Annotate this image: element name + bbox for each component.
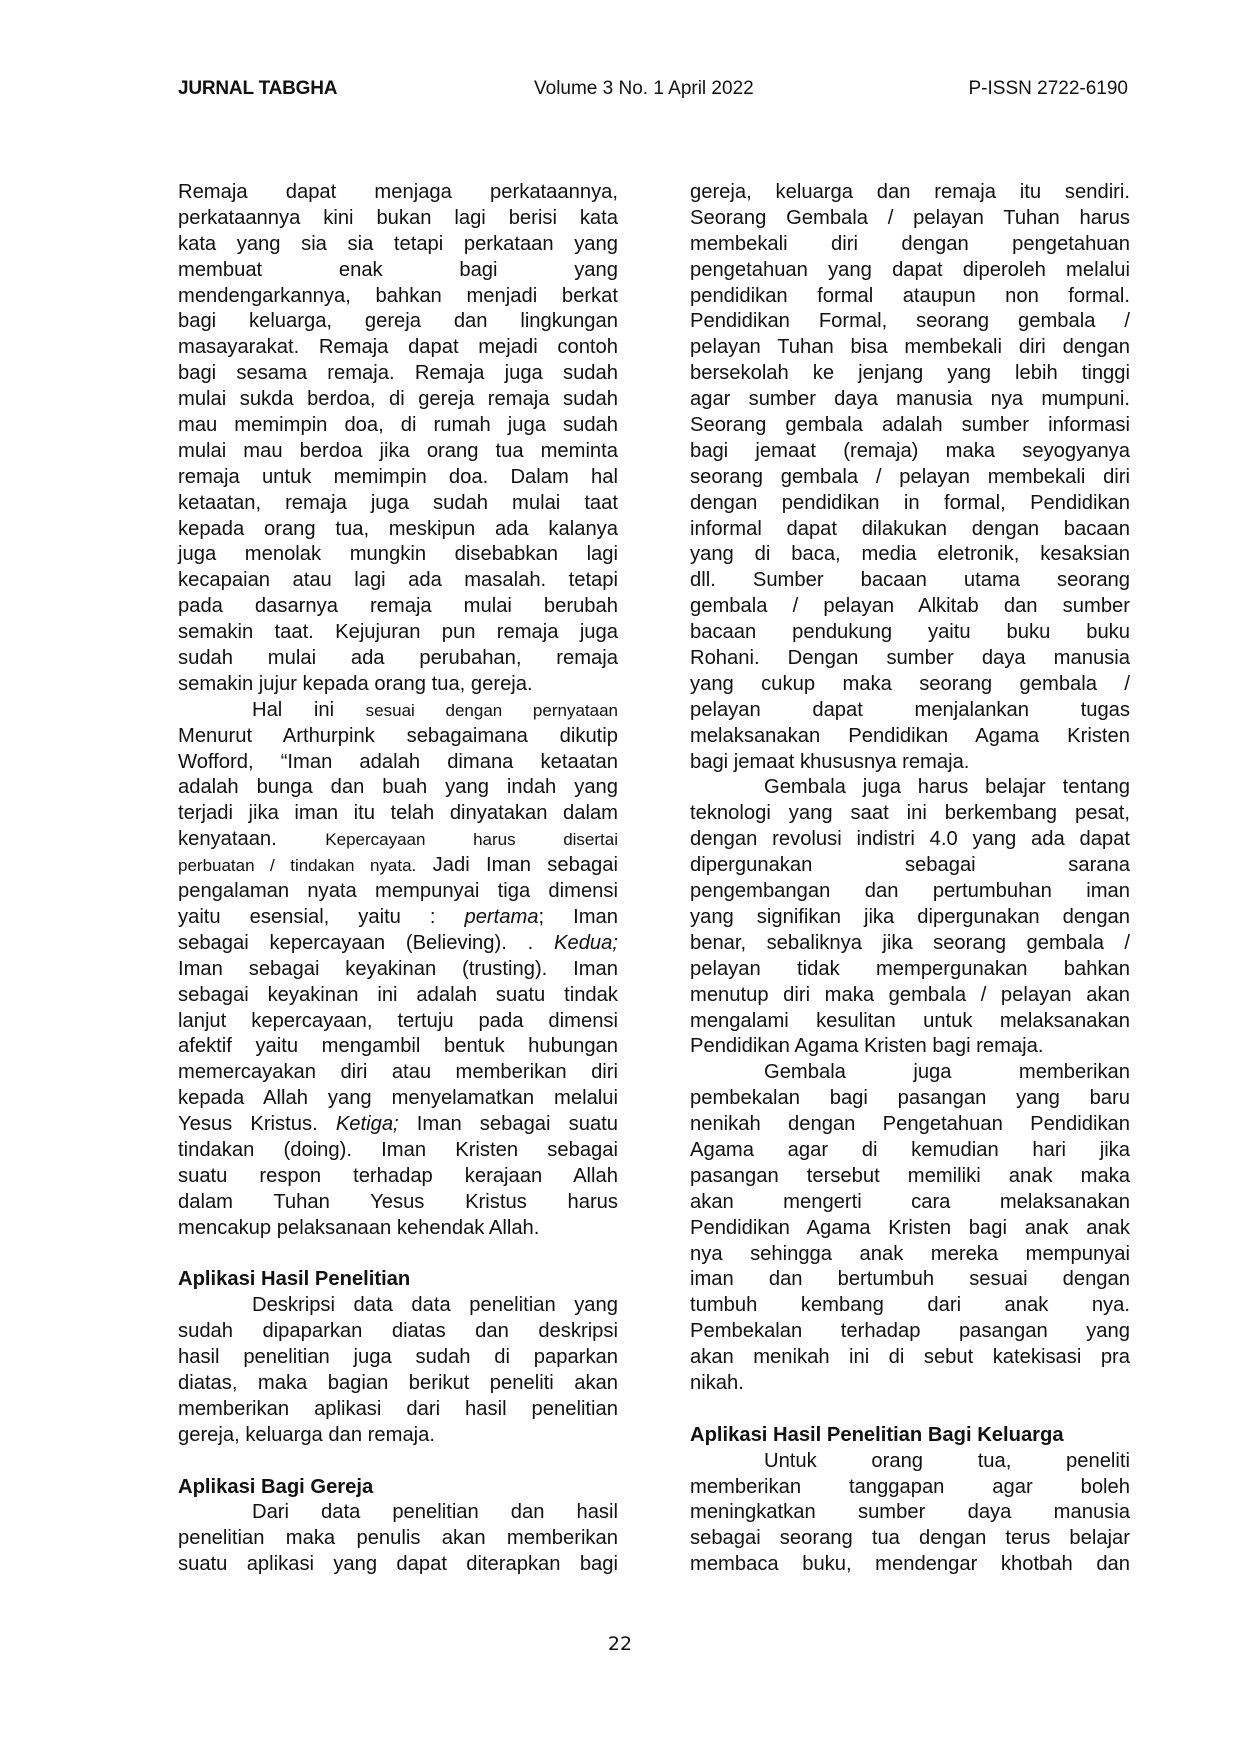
text-line: sudah mulai ada perubahan, remaja (178, 646, 618, 672)
text-line: Menurut Arthurpink sebagaimana dikutip (178, 724, 618, 750)
text-line: sudah dipaparkan diatas dan deskripsi (178, 1319, 618, 1345)
text-line: Hal ini sesuai dengan pernyataan (178, 698, 618, 724)
text-line: suatu respon terhadap kerajaan Allah (178, 1164, 618, 1190)
emphasis: Ketiga; (336, 1113, 399, 1135)
text-line: menutup diri maka gembala / pelayan akan (690, 983, 1130, 1009)
paragraph-gembala-pembekalan: Gembala juga memberikan pembekalan bagi … (690, 1060, 1130, 1397)
text-line: bagi keluarga, gereja dan lingkungan (178, 309, 618, 335)
text-line: membaca buku, mendengar khotbah dan (690, 1552, 1130, 1578)
text-line: ketaatan, remaja juga sudah mulai taat (178, 491, 618, 517)
text-line: masayarakat. Remaja dapat mejadi contoh (178, 335, 618, 361)
text-line: memberikan tanggapan agar boleh (690, 1475, 1130, 1501)
text-line: sebagai seorang tua dengan terus belajar (690, 1526, 1130, 1552)
text-line: semakin jujur kepada orang tua, gereja. (178, 672, 618, 698)
text-line: teknologi yang saat ini berkembang pesat… (690, 801, 1130, 827)
text-line: membekali diri dengan pengetahuan (690, 232, 1130, 258)
text-line: terjadi jika iman itu telah dinyatakan d… (178, 801, 618, 827)
text-line: diatas, maka bagian berikut peneliti aka… (178, 1371, 618, 1397)
text-line: Pendidikan Formal, seorang gembala / (690, 309, 1130, 335)
text-line: suatu aplikasi yang dapat diterapkan bag… (178, 1552, 618, 1578)
text-line: Yesus Kristus. Ketiga; Iman sebagai suat… (178, 1112, 618, 1138)
text-line: akan mengerti cara melaksanakan (690, 1190, 1130, 1216)
text-line: semakin taat. Kejujuran pun remaja juga (178, 620, 618, 646)
text-line: yaitu esensial, yaitu : pertama; Iman (178, 905, 618, 931)
section-heading: Aplikasi Hasil Penelitian (178, 1267, 618, 1293)
text-line: gereja, keluarga dan remaja. (178, 1423, 618, 1449)
text-line: Gembala juga memberikan (690, 1060, 1130, 1086)
text-line: pelayan Tuhan bisa membekali diri dengan (690, 335, 1130, 361)
text-line: tumbuh kembang dari anak nya. (690, 1293, 1130, 1319)
text-line: mencakup pelaksanaan kehendak Allah. (178, 1216, 618, 1242)
text-line: dipergunakan sebagai sarana (690, 853, 1130, 879)
text-line: afektif yaitu mengambil bentuk hubungan (178, 1034, 618, 1060)
text-line: nya sehingga anak mereka mempunyai (690, 1242, 1130, 1268)
paragraph-gembala-pendidikan: gereja, keluarga dan remaja itu sendiri.… (690, 180, 1130, 775)
section-aplikasi-bagi-gereja: Aplikasi Bagi Gereja Dari data penelitia… (178, 1475, 618, 1579)
text-line: pada dasarnya remaja mulai berubah (178, 594, 618, 620)
text-line: kepada orang tua, meskipun ada kalanya (178, 517, 618, 543)
page-number: 22 (0, 1633, 1240, 1655)
paragraph-remaja: Remaja dapat menjaga perkataannya, perka… (178, 180, 618, 698)
text-line: pasangan tersebut memiliki anak maka (690, 1164, 1130, 1190)
text-line: Rohani. Dengan sumber daya manusia (690, 646, 1130, 672)
text-line: akan menikah ini di sebut katekisasi pra (690, 1345, 1130, 1371)
text-line: sebagai kepercayaan (Believing). . Kedua… (178, 931, 618, 957)
text-line: yang di baca, media eletronik, kesaksian (690, 542, 1130, 568)
text-line: penelitian maka penulis akan memberikan (178, 1526, 618, 1552)
text-line: benar, sebaliknya jika seorang gembala / (690, 931, 1130, 957)
text-line: meningkatkan sumber daya manusia (690, 1500, 1130, 1526)
text-line: kecapaian atau lagi ada masalah. tetapi (178, 568, 618, 594)
journal-name: JURNAL TABGHA (178, 78, 337, 100)
left-column: Remaja dapat menjaga perkataannya, perka… (178, 180, 618, 1578)
text-line: gereja, keluarga dan remaja itu sendiri. (690, 180, 1130, 206)
text-line: membuat enak bagi yang (178, 258, 618, 284)
emphasis: pertama (464, 906, 538, 928)
text-line: gembala / pelayan Alkitab dan sumber (690, 594, 1130, 620)
text-line: Remaja dapat menjaga perkataannya, (178, 180, 618, 206)
text-line: pengembangan dan pertumbuhan iman (690, 879, 1130, 905)
text-line: Gembala juga harus belajar tentang (690, 775, 1130, 801)
text-line: dll. Sumber bacaan utama seorang (690, 568, 1130, 594)
text-line: Pembekalan terhadap pasangan yang (690, 1319, 1130, 1345)
paragraph-gembala-teknologi: Gembala juga harus belajar tentang tekno… (690, 775, 1130, 1060)
issn: P-ISSN 2722-6190 (969, 78, 1129, 100)
right-column: gereja, keluarga dan remaja itu sendiri.… (690, 180, 1130, 1578)
text-line: seorang gembala / pelayan membekali diri (690, 465, 1130, 491)
spacer (178, 1449, 618, 1475)
text-line: Deskripsi data data penelitian yang (178, 1293, 618, 1319)
text-line: dengan revolusi indistri 4.0 yang ada da… (690, 827, 1130, 853)
text-line: nenikah dengan Pengetahuan Pendidikan (690, 1112, 1130, 1138)
text-line: mau memimpin doa, di rumah juga sudah (178, 413, 618, 439)
text-line: iman dan bertumbuh sesuai dengan (690, 1267, 1130, 1293)
section-aplikasi-bagi-keluarga: Aplikasi Hasil Penelitian Bagi Keluarga … (690, 1423, 1130, 1578)
text-line: perbuatan / tindakan nyata. Jadi Iman se… (178, 853, 618, 879)
text-line: Iman sebagai keyakinan (trusting). Iman (178, 957, 618, 983)
text-line: bersekolah ke jenjang yang lebih tinggi (690, 361, 1130, 387)
spacer (690, 1397, 1130, 1423)
text-line: pengetahuan yang dapat diperoleh melalui (690, 258, 1130, 284)
text-line: bagi sesama remaja. Remaja juga sudah (178, 361, 618, 387)
text-line: Untuk orang tua, peneliti (690, 1449, 1130, 1475)
text-line: Agama agar di kemudian hari jika (690, 1138, 1130, 1164)
text-line: memercayakan diri atau memberikan diri (178, 1060, 618, 1086)
running-header: JURNAL TABGHA Volume 3 No. 1 April 2022 … (178, 78, 1128, 104)
text-line: tindakan (doing). Iman Kristen sebagai (178, 1138, 618, 1164)
text-line: pelayan tidak mempergunakan bahkan (690, 957, 1130, 983)
text-line: remaja untuk memimpin doa. Dalam hal (178, 465, 618, 491)
text-line: bagi jemaat (remaja) maka seyogyanya (690, 439, 1130, 465)
text-line: perkataannya kini bukan lagi berisi kata (178, 206, 618, 232)
text-line: nikah. (690, 1371, 1130, 1397)
text-line: Seorang gembala adalah sumber informasi (690, 413, 1130, 439)
text-line: kepada Allah yang menyelamatkan melalui (178, 1086, 618, 1112)
text-line: dengan pendidikan in formal, Pendidikan (690, 491, 1130, 517)
text-line: mengalami kesulitan untuk melaksanakan (690, 1009, 1130, 1035)
section-heading: Aplikasi Hasil Penelitian Bagi Keluarga (690, 1423, 1130, 1449)
text-line: Seorang Gembala / pelayan Tuhan harus (690, 206, 1130, 232)
text-line: mendengarkannya, bahkan menjadi berkat (178, 284, 618, 310)
text-line: yang cukup maka seorang gembala / (690, 672, 1130, 698)
text-line: Dari data penelitian dan hasil (178, 1500, 618, 1526)
text-line: informal dapat dilakukan dengan bacaan (690, 517, 1130, 543)
text-line: mulai mau berdoa jika orang tua meminta (178, 439, 618, 465)
emphasis: Kedua; (554, 932, 618, 954)
text-line: Pendidikan Agama Kristen bagi anak anak (690, 1216, 1130, 1242)
spacer (178, 1242, 618, 1268)
text-line: Wofford, “Iman adalah dimana ketaatan (178, 750, 618, 776)
text-line: pendidikan formal ataupun non formal. (690, 284, 1130, 310)
section-heading: Aplikasi Bagi Gereja (178, 1475, 618, 1501)
text-line: pembekalan bagi pasangan yang baru (690, 1086, 1130, 1112)
text-line: agar sumber daya manusia nya mumpuni. (690, 387, 1130, 413)
text-line: melaksanakan Pendidikan Agama Kristen (690, 724, 1130, 750)
text-line: hasil penelitian juga sudah di paparkan (178, 1345, 618, 1371)
text-line: kata yang sia sia tetapi perkataan yang (178, 232, 618, 258)
text-line: Pendidikan Agama Kristen bagi remaja. (690, 1034, 1130, 1060)
text-line: bagi jemaat khususnya remaja. (690, 750, 1130, 776)
text-line: adalah bunga dan buah yang indah yang (178, 775, 618, 801)
text-line: bacaan pendukung yaitu buku buku (690, 620, 1130, 646)
text-line: juga menolak mungkin disebabkan lagi (178, 542, 618, 568)
volume-info: Volume 3 No. 1 April 2022 (534, 78, 754, 100)
text-line: mulai sukda berdoa, di gereja remaja sud… (178, 387, 618, 413)
text-line: dalam Tuhan Yesus Kristus harus (178, 1190, 618, 1216)
text-line: kenyataan. Kepercayaan harus disertai (178, 827, 618, 853)
text-line: memberikan aplikasi dari hasil penelitia… (178, 1397, 618, 1423)
text-line: pelayan dapat menjalankan tugas (690, 698, 1130, 724)
paragraph-arthurpink-quote: Hal ini sesuai dengan pernyataan Menurut… (178, 698, 618, 1242)
text-line: sebagai keyakinan ini adalah suatu tinda… (178, 983, 618, 1009)
section-aplikasi-hasil-penelitian: Aplikasi Hasil Penelitian Deskripsi data… (178, 1267, 618, 1448)
text-line: yang signifikan jika dipergunakan dengan (690, 905, 1130, 931)
text-line: pengalaman nyata mempunyai tiga dimensi (178, 879, 618, 905)
text-line: lanjut kepercayaan, tertuju pada dimensi (178, 1009, 618, 1035)
